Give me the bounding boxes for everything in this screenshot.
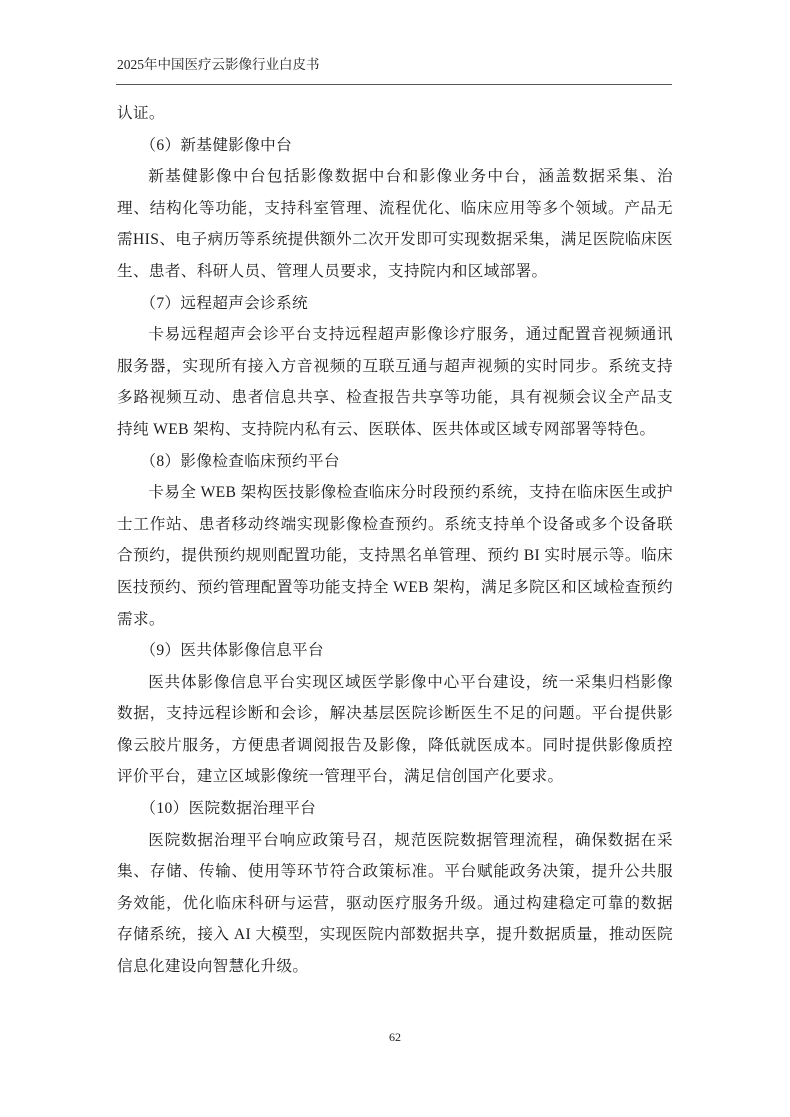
page-body: 认证。 （6）新基健影像中台 新基健影像中台包括影像数据中台和影像业务中台，涵盖… [117, 98, 673, 983]
section-body-7: 卡易远程超声会诊平台支持远程超声影像诊疗服务，通过配置音视频通讯服务器，实现所有… [117, 319, 673, 445]
document-page: 2025年中国医疗云影像行业白皮书 认证。 （6）新基健影像中台 新基健影像中台… [0, 0, 790, 1117]
section-heading-9: （9）医共体影像信息平台 [117, 635, 673, 667]
section-body-8: 卡易全 WEB 架构医技影像检查临床分时段预约系统，支持在临床医生或护士工作站、… [117, 477, 673, 635]
section-body-9: 医共体影像信息平台实现区域医学影像中心平台建设，统一采集归档影像数据，支持远程诊… [117, 667, 673, 793]
carryover-text: 认证。 [117, 98, 673, 130]
section-heading-10: （10）医院数据治理平台 [117, 793, 673, 825]
section-body-10: 医院数据治理平台响应政策号召，规范医院数据管理流程，确保数据在采集、存储、传输、… [117, 825, 673, 983]
header-divider [116, 84, 672, 85]
section-heading-7: （7）远程超声会诊系统 [117, 288, 673, 320]
section-heading-6: （6）新基健影像中台 [117, 130, 673, 162]
section-heading-8: （8）影像检查临床预约平台 [117, 446, 673, 478]
section-body-6: 新基健影像中台包括影像数据中台和影像业务中台，涵盖数据采集、治理、结构化等功能，… [117, 161, 673, 287]
running-header: 2025年中国医疗云影像行业白皮书 [117, 56, 672, 74]
page-number: 62 [0, 1030, 790, 1045]
